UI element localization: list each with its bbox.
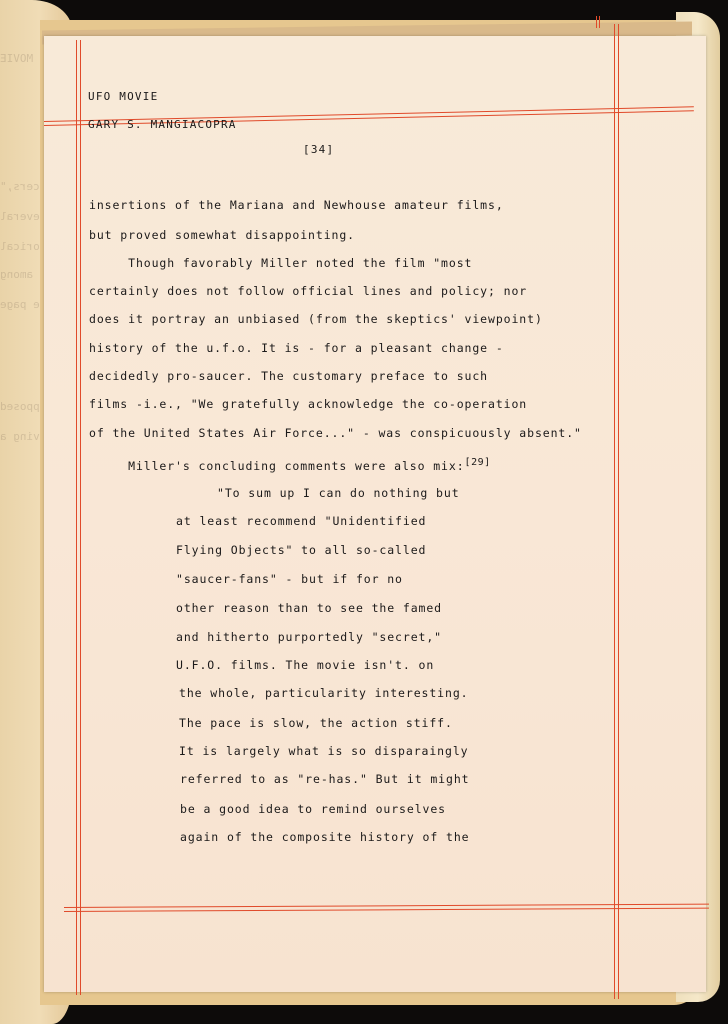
body-line: Though favorably Miller noted the film "… <box>89 258 472 270</box>
body-line: decidedly pro-saucer. The customary pref… <box>89 371 488 383</box>
body-line: history of the u.f.o. It is - for a plea… <box>89 343 504 355</box>
quote-line: Flying Objects" to all so-called <box>176 545 426 557</box>
quote-line: at least recommend "Unidentified <box>176 516 426 528</box>
right-margin-line <box>618 24 619 999</box>
quote-line: the whole, particularity interesting. <box>179 688 468 700</box>
page-behind-line <box>596 16 597 28</box>
document-title: UFO MOVIE <box>88 91 158 102</box>
body-line: Miller's concluding comments were also m… <box>89 459 465 473</box>
left-margin-line <box>80 40 81 995</box>
body-line: of the United States Air Force..." - was… <box>89 428 582 440</box>
quote-line: referred to as "re-has." But it might <box>180 774 469 786</box>
page-behind-line <box>599 16 600 28</box>
body-line: certainly does not follow official lines… <box>89 286 527 298</box>
quote-line: The pace is slow, the action stiff. <box>179 718 453 730</box>
document-author: GARY S. MANGIACOPRA <box>88 119 237 130</box>
quote-line: It is largely what is so disparaingly <box>179 746 468 758</box>
quote-line: and hitherto purportedly "secret," <box>176 632 442 644</box>
right-margin-line <box>614 24 615 999</box>
body-line: does it portray an unbiased (from the sk… <box>89 314 543 326</box>
quote-line: be a good idea to remind ourselves <box>180 804 446 816</box>
body-line: but proved somewhat disappointing. <box>89 230 355 242</box>
quote-line: again of the composite history of the <box>180 832 469 844</box>
quote-line: "To sum up I can do nothing but <box>217 488 460 500</box>
quote-line: U.F.O. films. The movie isn't. on <box>176 660 434 672</box>
quote-line: "saucer-fans" - but if for no <box>176 574 403 586</box>
body-line: films -i.e., "We gratefully acknowledge … <box>89 399 527 411</box>
body-line: insertions of the Mariana and Newhouse a… <box>89 200 504 212</box>
quote-line: other reason than to see the famed <box>176 603 442 615</box>
body-line-with-footnote: Miller's concluding comments were also m… <box>89 458 491 473</box>
left-margin-line <box>76 40 77 995</box>
footnote-marker: [29] <box>465 457 491 468</box>
page-number: [34] <box>303 144 334 155</box>
